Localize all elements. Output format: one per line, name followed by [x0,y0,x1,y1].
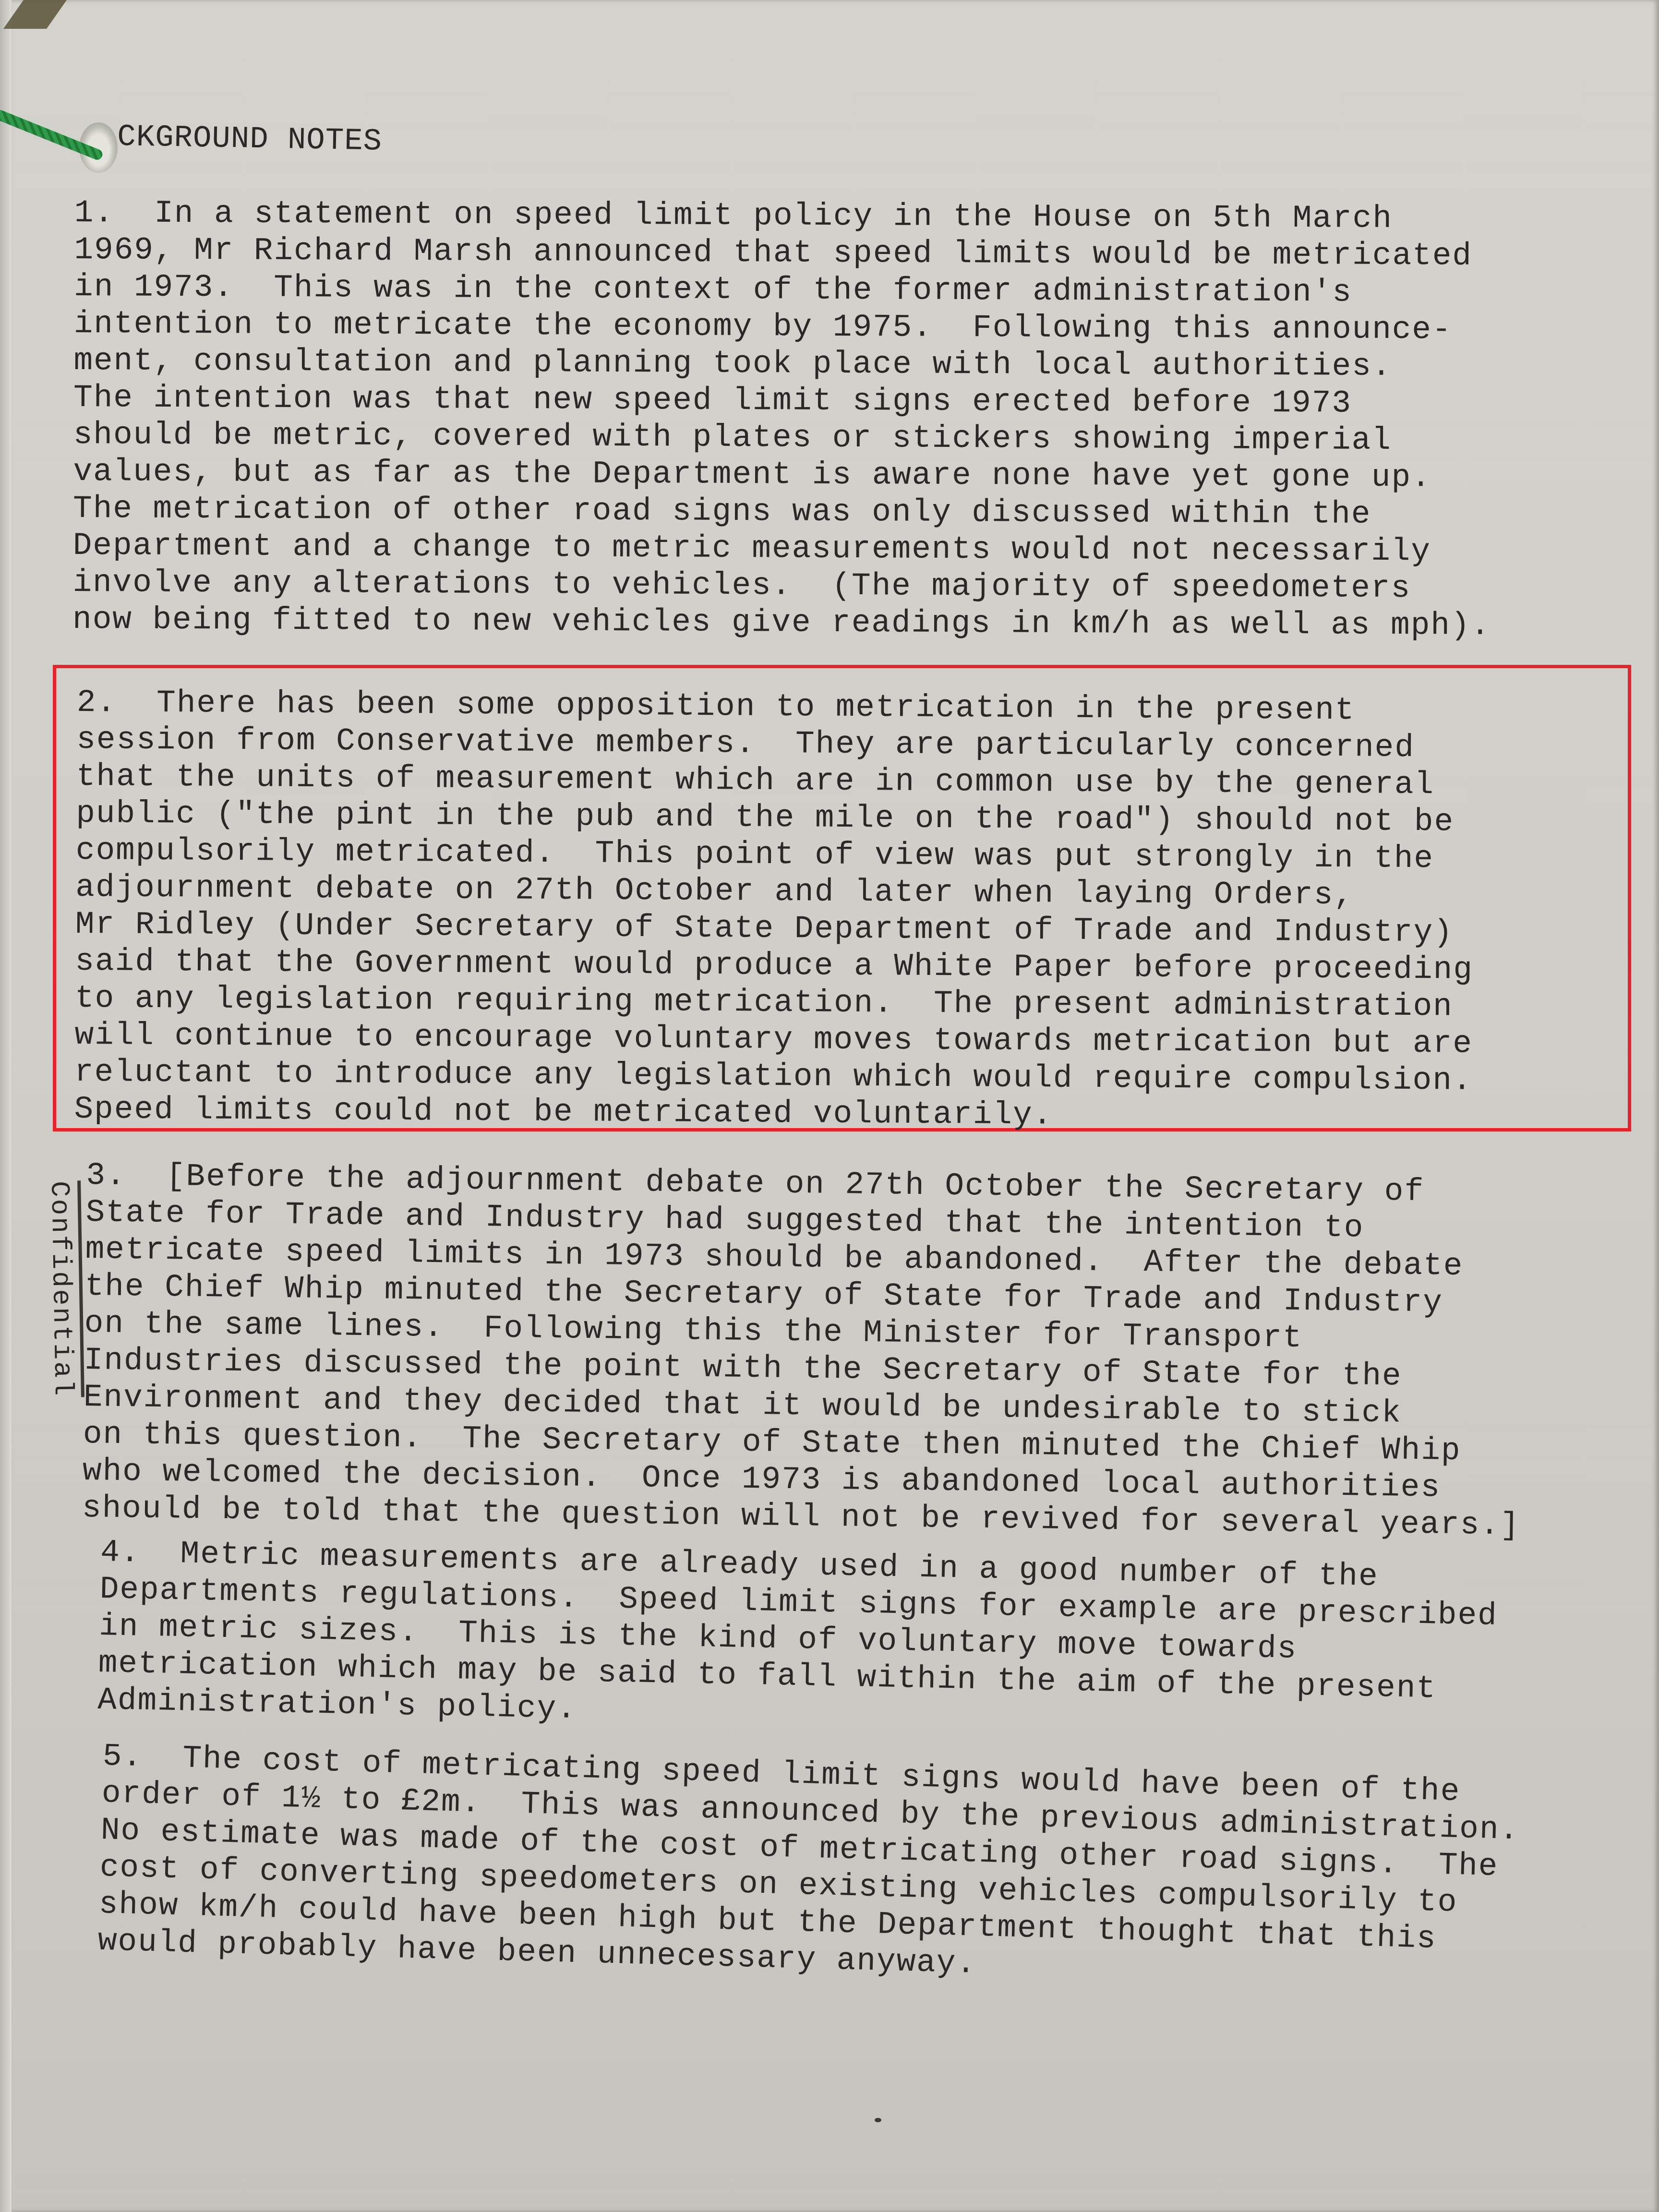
confidential-stamp: Confidential [44,1180,84,1398]
paragraph-line: The metrication of other road signs was … [73,490,1491,533]
paragraph-line: Department and a change to metric measur… [73,527,1491,570]
page-edge [0,0,12,2212]
paragraph-3: 3. [Before the adjournment debate on 27t… [82,1157,1525,1544]
paragraph-2: 2. There has been some opposition to met… [74,684,1475,1136]
paragraph-line: The intention was that new speed limit s… [73,379,1491,422]
paragraph-line: now being fitted to new vehicles give re… [72,601,1491,644]
paragraph-line: 1. In a statement on speed limit policy … [74,194,1492,238]
ink-dot [875,2118,881,2122]
paragraph-line: 1969, Mr Richard Marsh announced that sp… [74,231,1492,275]
paragraph-4: 4. Metric measurements are already used … [97,1534,1499,1745]
paragraph-1: 1. In a statement on speed limit policy … [72,194,1492,644]
document-heading: CKGROUND NOTES [117,120,383,159]
paragraph-line: should be metric, covered with plates or… [73,416,1491,459]
paragraph-line: intention to metricate the economy by 19… [74,305,1492,349]
paragraph-5: 5. The cost of metricating speed limit s… [97,1738,1521,1996]
paragraph-line: values, but as far as the Department is … [73,453,1491,496]
paragraph-line: involve any alterations to vehicles. (Th… [72,564,1491,607]
paragraph-line: ment, consultation and planning took pla… [73,342,1491,385]
paragraph-line: in 1973. This was in the context of the … [74,268,1492,312]
